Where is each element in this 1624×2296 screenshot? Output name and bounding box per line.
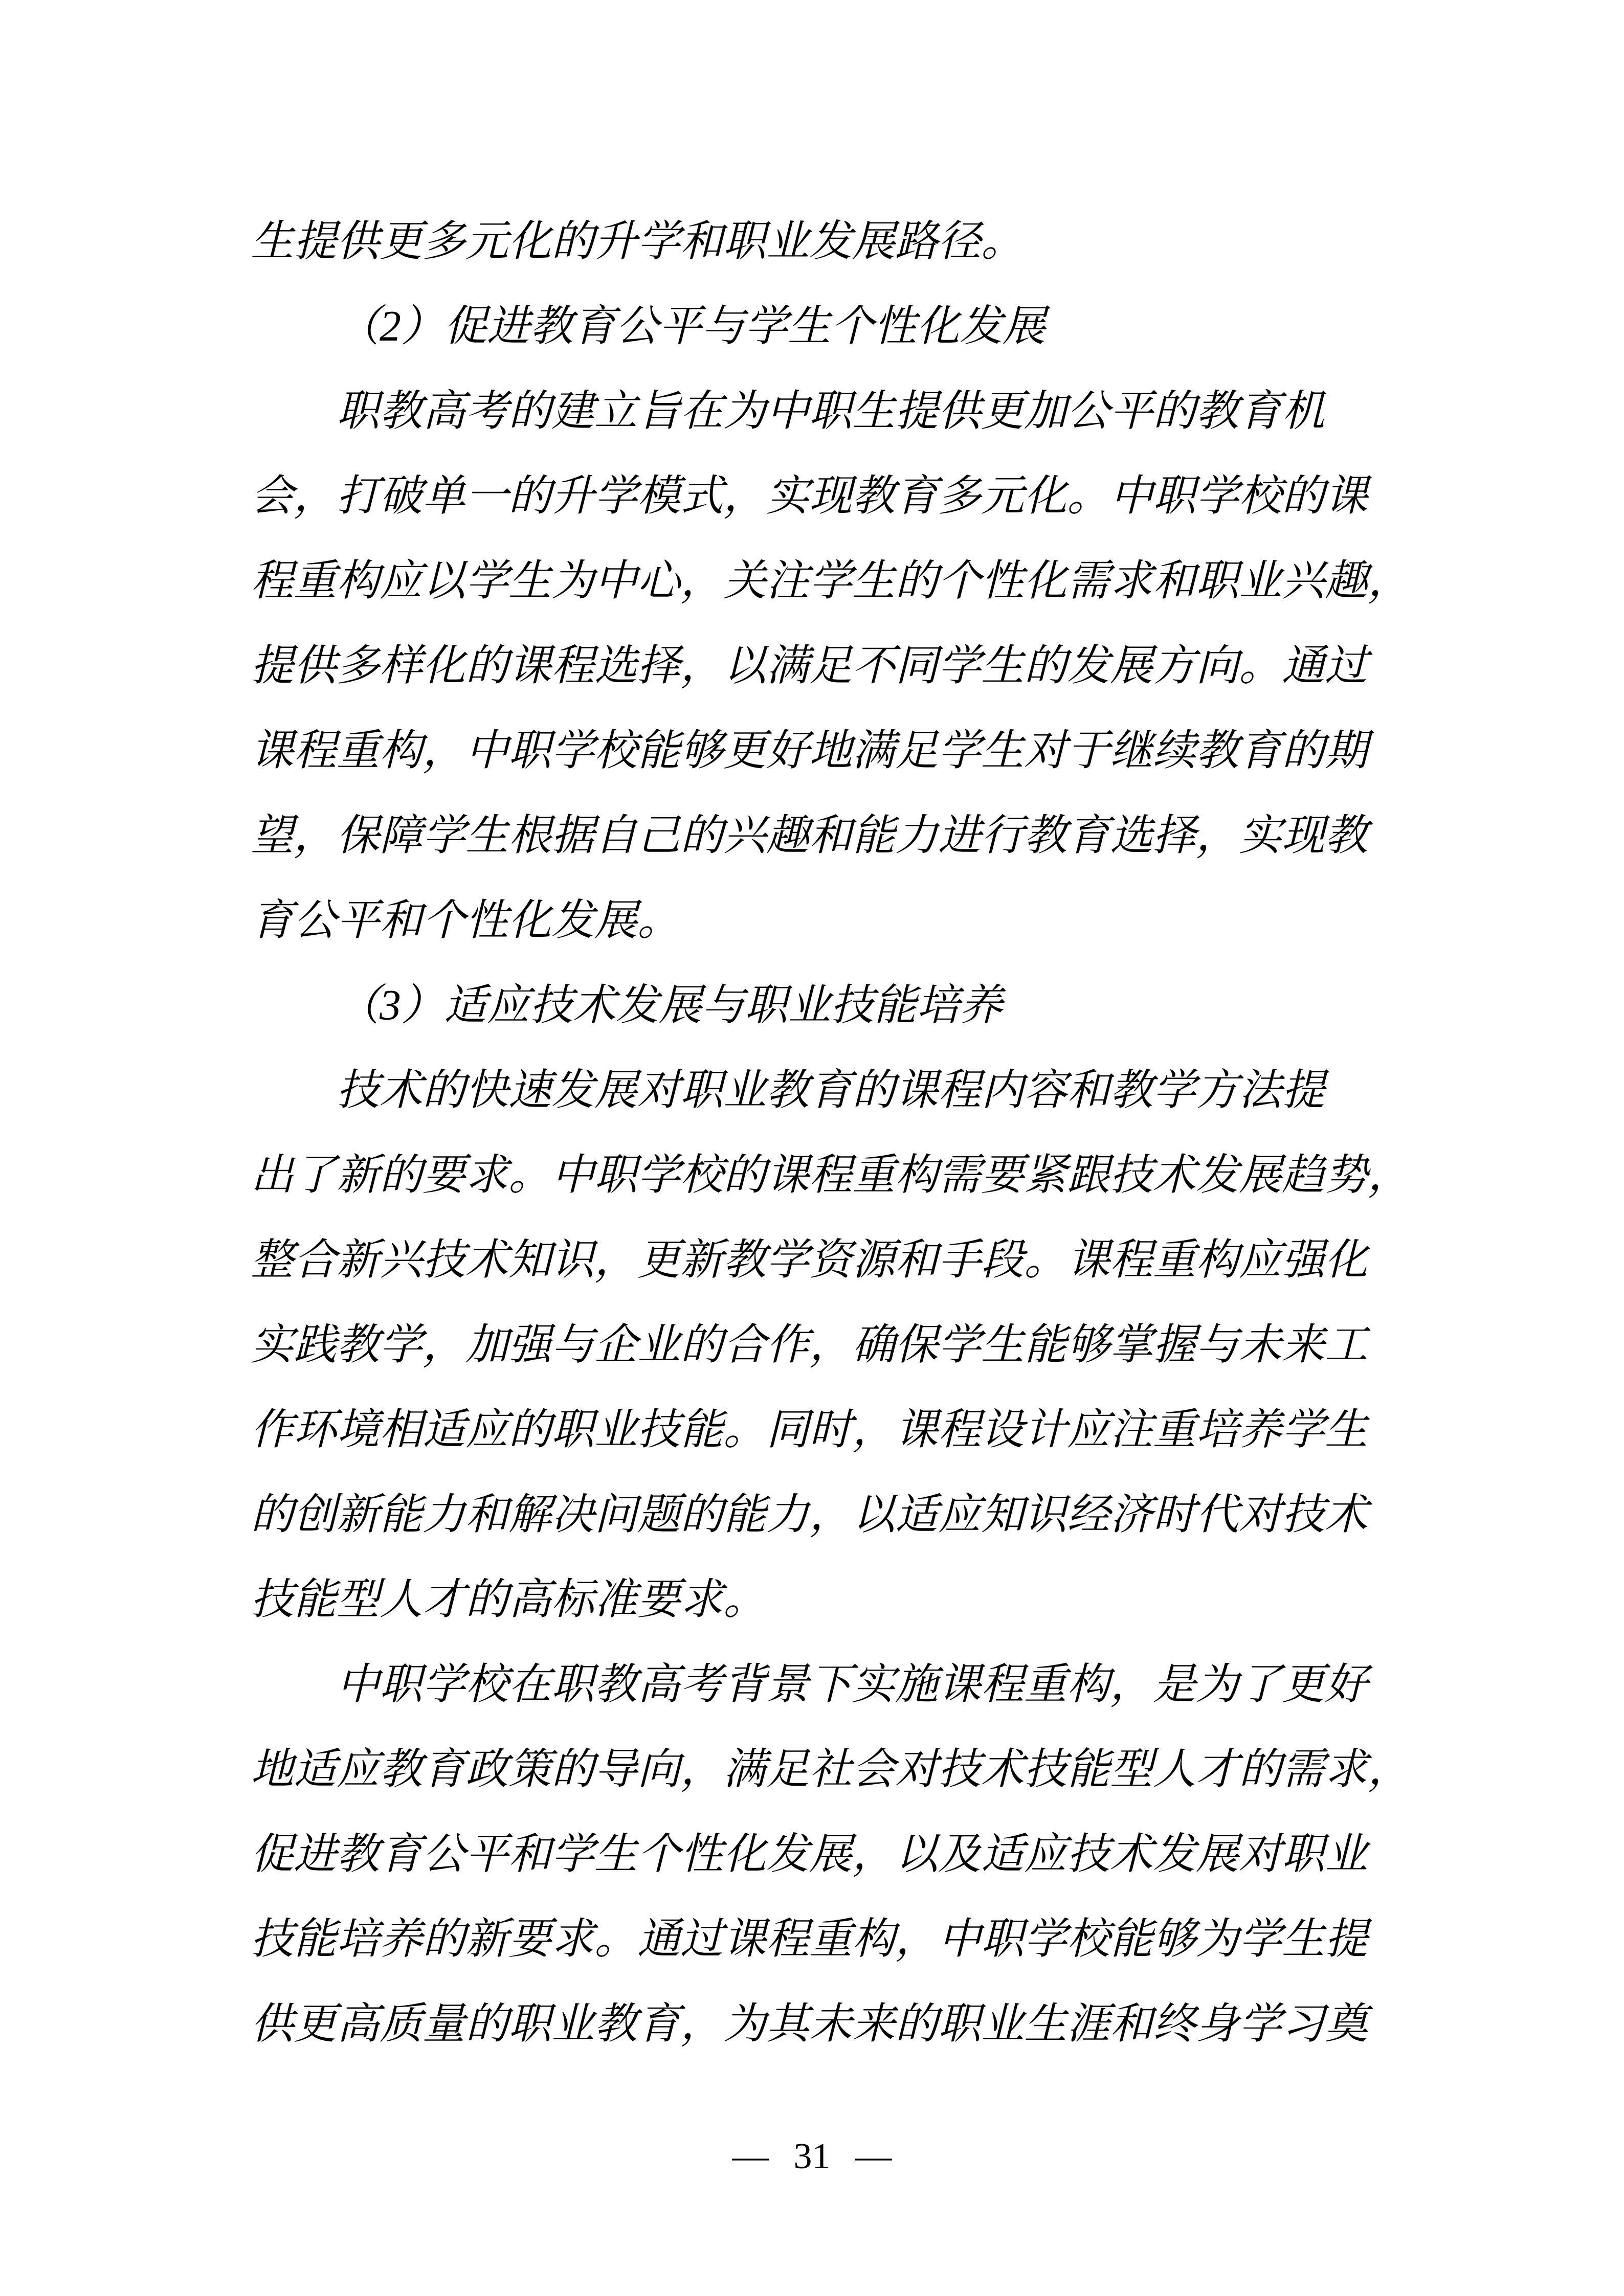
body-text-line: 技能培养的新要求。通过课程重构，中职学校能够为学生提: [251, 1897, 1371, 1982]
section-heading-line: （2）促进教育公平与学生个性化发展: [251, 284, 1371, 369]
body-text-line: 供更高质量的职业教育，为其未来的职业生涯和终身学习奠: [251, 1982, 1371, 2067]
section-heading-line: （3）适应技术发展与职业技能培养: [251, 963, 1371, 1048]
body-text-line: 实践教学，加强与企业的合作，确保学生能够掌握与未来工: [251, 1303, 1371, 1388]
page-body-text: 生提供更多元化的升学和职业发展路径。 （2）促进教育公平与学生个性化发展 职教高…: [251, 199, 1371, 2067]
body-text-line: 提供多样化的课程选择，以满足不同学生的发展方向。通过: [251, 624, 1371, 709]
body-text-line: 望，保障学生根据自己的兴趣和能力进行教育选择，实现教: [251, 794, 1371, 879]
body-text-line: 中职学校在职教高考背景下实施课程重构，是为了更好: [251, 1642, 1371, 1727]
body-text-line: 地适应教育政策的导向，满足社会对技术技能型人才的需求，: [251, 1727, 1371, 1812]
body-text-line: 育公平和个性化发展。: [251, 879, 1371, 963]
body-text-line: 促进教育公平和学生个性化发展，以及适应技术发展对职业: [251, 1812, 1371, 1897]
document-page: 生提供更多元化的升学和职业发展路径。 （2）促进教育公平与学生个性化发展 职教高…: [0, 0, 1624, 2296]
body-text-line: 整合新兴技术知识，更新教学资源和手段。课程重构应强化: [251, 1218, 1371, 1303]
body-text-line: 作环境相适应的职业技能。同时，课程设计应注重培养学生: [251, 1388, 1371, 1473]
body-text-line: 技术的快速发展对职业教育的课程内容和教学方法提: [251, 1048, 1371, 1133]
footer-left-dash: —: [732, 2137, 769, 2174]
body-text-line: 课程重构，中职学校能够更好地满足学生对于继续教育的期: [251, 709, 1371, 794]
page-number: 31: [794, 2137, 831, 2174]
body-text-line: 出了新的要求。中职学校的课程重构需要紧跟技术发展趋势，: [251, 1133, 1371, 1218]
body-text-line: 的创新能力和解决问题的能力，以适应知识经济时代对技术: [251, 1473, 1371, 1558]
body-text-line: 会，打破单一的升学模式，实现教育多元化。中职学校的课: [251, 454, 1371, 539]
body-text-line: 程重构应以学生为中心，关注学生的个性化需求和职业兴趣，: [251, 539, 1371, 624]
page-number-footer: — 31 —: [0, 2137, 1624, 2174]
footer-right-dash: —: [855, 2137, 892, 2174]
body-text-line: 技能型人才的高标准要求。: [251, 1558, 1371, 1642]
body-text-line: 生提供更多元化的升学和职业发展路径。: [251, 199, 1371, 284]
body-text-line: 职教高考的建立旨在为中职生提供更加公平的教育机: [251, 369, 1371, 454]
